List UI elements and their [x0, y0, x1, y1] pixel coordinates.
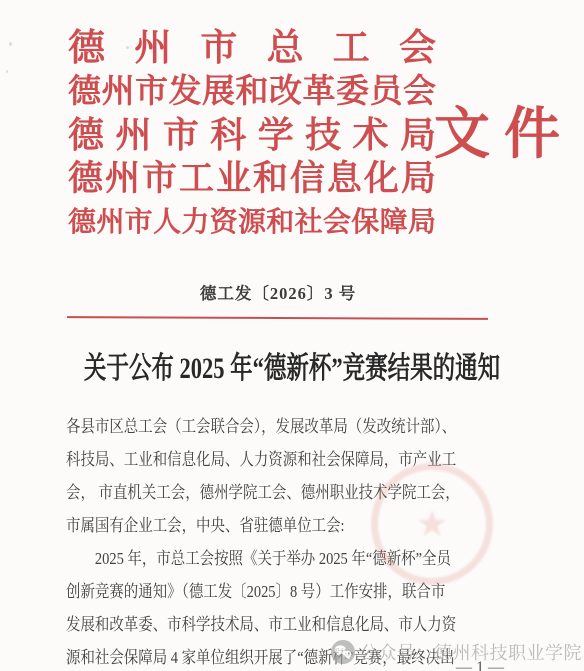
scan-speck	[9, 42, 12, 46]
body-line: 发展和改革委、市科学技术局、市工业和信息化局、市人力资	[66, 608, 466, 641]
file-label: 文件	[434, 104, 574, 166]
body-line: 各县市区总工会（工会联合会），发展改革局（发改统计部）、	[66, 410, 466, 443]
org-name-federation-of-trade-unions: 德州市总工会	[68, 22, 436, 66]
official-seal-watermark: ★	[371, 463, 493, 585]
document-number: 德工发〔2026〕3 号	[68, 280, 488, 304]
page-number: — 1 —	[428, 659, 532, 671]
org-name-science-technology-bureau: 德州市科学技术局	[68, 110, 436, 154]
body-line: 创新竞赛的通知》（德工发〔2025〕8 号）工作安排，联合市	[66, 575, 466, 608]
org-name-industry-information-bureau: 德州市工业和信息化局	[68, 154, 436, 198]
red-divider-line	[67, 316, 488, 320]
scan-speck	[6, 70, 8, 73]
document-page: 德州市总工会 德州市发展和改革委员会 德州市科学技术局 德州市工业和信息化局 德…	[0, 0, 584, 671]
org-name-development-reform-commission: 德州市发展和改革委员会	[68, 66, 436, 110]
document-title: 关于公布 2025 年“德新杯”竞赛结果的通知	[73, 343, 511, 387]
org-name-human-resources-bureau: 德州市人力资源和社会保障局	[68, 198, 436, 242]
seal-star: ★	[416, 506, 448, 542]
letterhead-org-names: 德州市总工会 德州市发展和改革委员会 德州市科学技术局 德州市工业和信息化局 德…	[68, 22, 436, 242]
wechat-icon	[331, 640, 355, 664]
